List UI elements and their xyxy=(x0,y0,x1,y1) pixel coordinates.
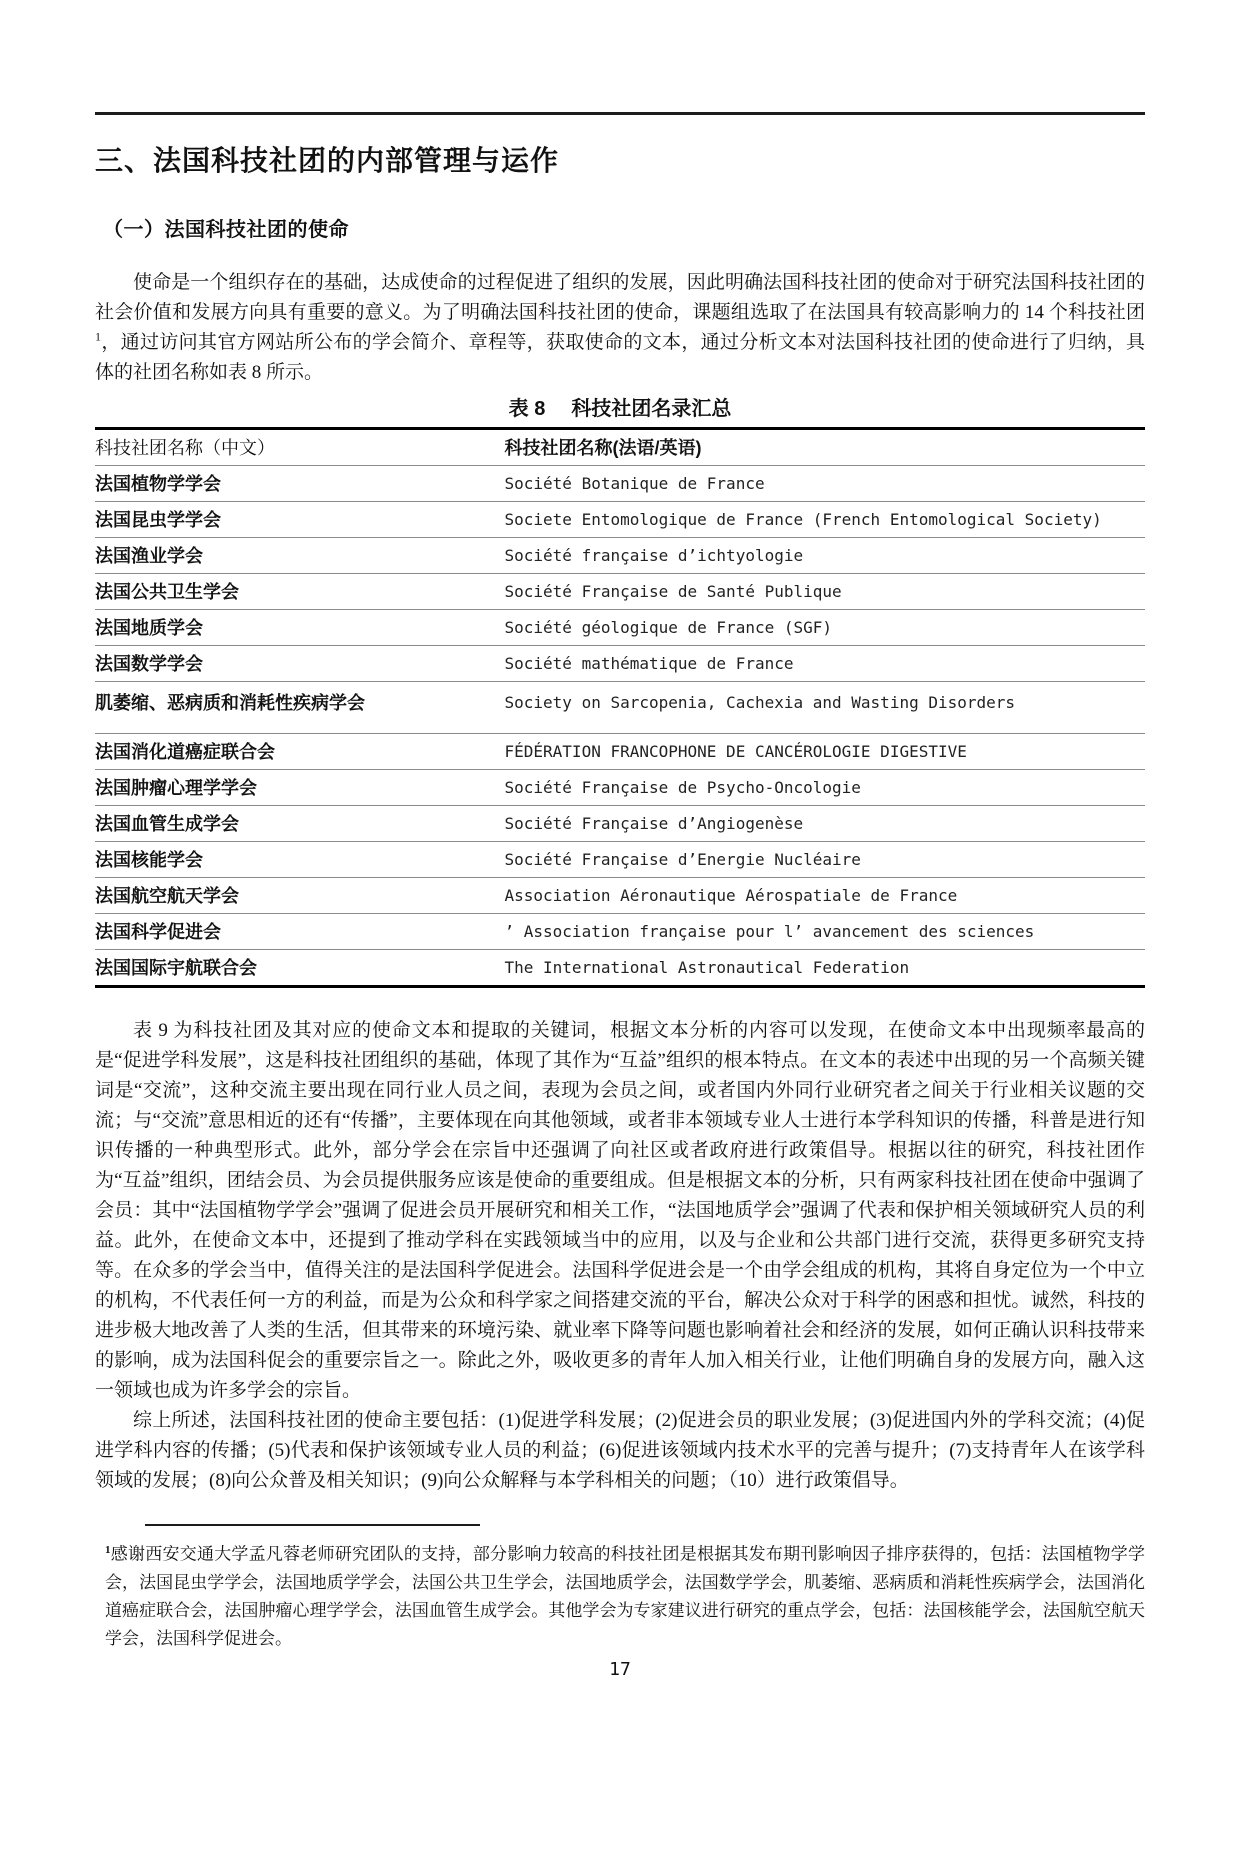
table-row: 肌萎缩、恶病质和消耗性疾病学会Society on Sarcopenia, Ca… xyxy=(95,682,1145,734)
society-name-french-english: Societe Entomologique de France (French … xyxy=(505,502,1146,538)
society-name-chinese: 法国科学促进会 xyxy=(95,914,505,950)
societies-table: 科技社团名称（中文） 科技社团名称(法语/英语) 法国植物学学会Société … xyxy=(95,427,1145,988)
table-row: 法国渔业学会Société française d’ichtyologie xyxy=(95,538,1145,574)
table-row: 法国核能学会Société Française d’Energie Nucléa… xyxy=(95,842,1145,878)
paragraph-mission-analysis: 表 9 为科技社团及其对应的使命文本和提取的关键词，根据文本分析的内容可以发现，… xyxy=(95,1016,1145,1406)
table-row: 法国植物学学会Société Botanique de France xyxy=(95,466,1145,502)
society-name-french-english: Société Française de Santé Publique xyxy=(505,574,1146,610)
document-page: 三、法国科技社团的内部管理与运作 （一）法国科技社团的使命 使命是一个组织存在的… xyxy=(0,112,1240,1865)
section-heading: 三、法国科技社团的内部管理与运作 xyxy=(95,139,1145,179)
society-name-chinese: 法国航空航天学会 xyxy=(95,878,505,914)
society-name-french-english: Société Française d’Energie Nucléaire xyxy=(505,842,1146,878)
society-name-french-english: Société géologique de France (SGF) xyxy=(505,610,1146,646)
table-header-row: 科技社团名称（中文） 科技社团名称(法语/英语) xyxy=(95,429,1145,466)
society-name-chinese: 法国国际宇航联合会 xyxy=(95,950,505,987)
society-name-french-english: Société Française de Psycho-Oncologie xyxy=(505,770,1146,806)
table-row: 法国地质学会Société géologique de France (SGF) xyxy=(95,610,1145,646)
society-name-french-english: Association Aéronautique Aérospatiale de… xyxy=(505,878,1146,914)
table-row: 法国公共卫生学会Société Française de Santé Publi… xyxy=(95,574,1145,610)
society-name-chinese: 肌萎缩、恶病质和消耗性疾病学会 xyxy=(95,682,505,734)
subsection-heading: （一）法国科技社团的使命 xyxy=(103,213,1145,242)
paragraph-mission-summary: 综上所述，法国科技社团的使命主要包括：(1)促进学科发展；(2)促进会员的职业发… xyxy=(95,1406,1145,1496)
society-name-chinese: 法国血管生成学会 xyxy=(95,806,505,842)
page-number: 17 xyxy=(95,1659,1145,1680)
footnote-text: 感谢西安交通大学孟凡蓉老师研究团队的支持，部分影响力较高的科技社团是根据其发布期… xyxy=(105,1545,1145,1648)
table-row: 法国航空航天学会 Association Aéronautique Aérosp… xyxy=(95,878,1145,914)
table-caption-title: 科技社团名录汇总 xyxy=(571,398,731,420)
table-row: 法国昆虫学学会Societe Entomologique de France (… xyxy=(95,502,1145,538)
column-header-chinese-name: 科技社团名称（中文） xyxy=(95,429,505,466)
table-row: 法国肿瘤心理学学会Société Française de Psycho-Onc… xyxy=(95,770,1145,806)
table-row: 法国血管生成学会Société Française d’Angiogenèse xyxy=(95,806,1145,842)
paragraph-1-continued: ，通过访问其官方网站所公布的学会简介、章程等，获取使命的文本，通过分析文本对法国… xyxy=(95,332,1145,383)
table-row: 法国消化道癌症联合会FÉDÉRATION FRANCOPHONE DE CANC… xyxy=(95,734,1145,770)
table-row: 法国国际宇航联合会The International Astronautical… xyxy=(95,950,1145,987)
society-name-french-english: The International Astronautical Federati… xyxy=(505,950,1146,987)
society-name-chinese: 法国植物学学会 xyxy=(95,466,505,502)
society-name-french-english: Société Française d’Angiogenèse xyxy=(505,806,1146,842)
society-name-chinese: 法国数学学会 xyxy=(95,646,505,682)
society-name-french-english: Société mathématique de France xyxy=(505,646,1146,682)
society-name-chinese: 法国渔业学会 xyxy=(95,538,505,574)
society-name-chinese: 法国地质学会 xyxy=(95,610,505,646)
society-name-chinese: 法国昆虫学学会 xyxy=(95,502,505,538)
column-header-french-english-name: 科技社团名称(法语/英语) xyxy=(505,429,1146,466)
paragraph-mission-intro: 使命是一个组织存在的基础，达成使命的过程促进了组织的发展，因此明确法国科技社团的… xyxy=(95,268,1145,388)
table-caption-label: 表 8 xyxy=(509,398,546,420)
society-name-chinese: 法国公共卫生学会 xyxy=(95,574,505,610)
society-name-french-english: Société Botanique de France xyxy=(505,466,1146,502)
footnote: 1感谢西安交通大学孟凡蓉老师研究团队的支持，部分影响力较高的科技社团是根据其发布… xyxy=(95,1536,1145,1653)
society-name-chinese: 法国肿瘤心理学学会 xyxy=(95,770,505,806)
society-name-chinese: 法国核能学会 xyxy=(95,842,505,878)
society-name-french-english: FÉDÉRATION FRANCOPHONE DE CANCÉROLOGIE D… xyxy=(505,734,1146,770)
society-name-french-english: ’ Association française pour l’ avanceme… xyxy=(505,914,1146,950)
table-row: 法国数学学会Société mathématique de France xyxy=(95,646,1145,682)
paragraph-1-text: 使命是一个组织存在的基础，达成使命的过程促进了组织的发展，因此明确法国科技社团的… xyxy=(95,272,1145,323)
society-name-chinese: 法国消化道癌症联合会 xyxy=(95,734,505,770)
society-name-french-english: Society on Sarcopenia, Cachexia and Wast… xyxy=(505,682,1146,734)
society-name-french-english: Société française d’ichtyologie xyxy=(505,538,1146,574)
table-row: 法国科学促进会’ Association française pour l’ a… xyxy=(95,914,1145,950)
header-rule xyxy=(95,112,1145,115)
table-caption: 表 8科技社团名录汇总 xyxy=(95,392,1145,421)
footnote-rule xyxy=(145,1524,480,1526)
